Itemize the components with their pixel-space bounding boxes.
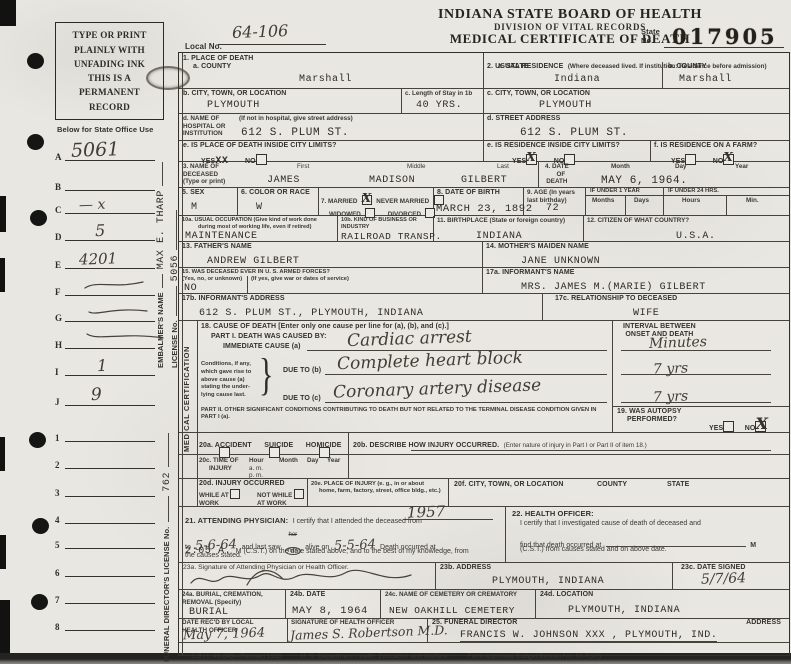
- office-row-label: H: [55, 340, 62, 350]
- office-row-label: J: [55, 397, 60, 407]
- under-24-hrs-label: IF UNDER 24 HRS.: [668, 188, 719, 195]
- divider: [726, 195, 727, 216]
- not-while-at-work-label: NOT WHILE: [257, 492, 292, 499]
- field-place-of-death: 1. PLACE OF DEATH a. COUNTY Marshall: [179, 53, 484, 88]
- office-row-label: 8: [55, 622, 60, 632]
- informant-name-value: MRS. JAMES M.(MARIE) GILBERT: [521, 282, 706, 293]
- time-of-injury-label: 20c. TIME OF: [199, 457, 239, 464]
- state-no-label-line2: No.: [641, 37, 660, 46]
- field-sex: 5. SEX M: [179, 188, 238, 215]
- field-place-city: b. CITY, TOWN, OR LOCATION PLYMOUTH: [179, 89, 401, 113]
- residence-limits-label: e. IS RESIDENCE INSIDE CITY LIMITS?: [487, 142, 620, 150]
- day-header: Day: [675, 163, 687, 170]
- field-relationship: 17c. RELATIONSHIP TO DECEASED WIFE: [543, 294, 789, 320]
- blank-line: [65, 496, 155, 497]
- health-officer-text: M: [750, 542, 756, 549]
- residence-city-value: PLYMOUTH: [539, 100, 592, 111]
- field-residence-farm: f. IS RESIDENCE ON A FARM? YES NOX: [651, 141, 789, 161]
- blank-line: [65, 348, 155, 349]
- cemetery-value: NEW OAKHILL CEMETERY: [389, 605, 515, 616]
- field-citizen: 12. CITIZEN OF WHAT COUNTRY? U.S.A.: [584, 216, 789, 241]
- hospital-label: HOSPITAL OR: [183, 123, 225, 130]
- field-father: 13. FATHER'S NAME ANDREW GILBERT: [179, 242, 483, 267]
- issuer-title: INDIANA STATE BOARD OF HEALTH: [360, 7, 780, 23]
- armed-forces-label: 15. WAS DECEASED EVER IN U. S. ARMED FOR…: [182, 269, 330, 276]
- place-of-death-label: 1. PLACE OF DEATH: [183, 55, 253, 63]
- office-row-c: C — x: [55, 193, 155, 215]
- health-officer-text: (C.S.T.) from causes stated and on above…: [520, 546, 667, 553]
- last-header: Last: [497, 163, 509, 170]
- funeral-director-address-label: ADDRESS: [746, 619, 781, 627]
- place-of-injury-label: home, farm, factory, street, office bldg…: [311, 488, 441, 494]
- injury-state-header: STATE: [667, 481, 689, 489]
- office-row-label: D: [55, 232, 62, 242]
- armed-forces-note2: (If yes, give war or dates of service): [251, 276, 349, 282]
- field-health-officer-signature: SIGNATURE OF HEALTH OFFICER James S. Rob…: [288, 619, 428, 642]
- autopsy-yes-checkbox: [723, 421, 734, 432]
- last-name-value: GILBERT: [461, 175, 507, 186]
- field-cause-of-death: 18. CAUSE OF DEATH [Enter only one cause…: [197, 321, 613, 432]
- place-city-label: b. CITY, TOWN, OR LOCATION: [183, 90, 286, 98]
- divider: [247, 276, 248, 293]
- field-injury-occurred: 20d. INJURY OCCURRED WHILE AT WORK NOT W…: [197, 479, 308, 506]
- funeral-director-value: FRANCIS W. JOHNSON XXX , PLYMOUTH, IND.: [460, 630, 717, 642]
- row-city-limits: e. IS PLACE OF DEATH INSIDE CITY LIMITS?…: [179, 141, 789, 162]
- office-row-j: J 9: [55, 385, 155, 407]
- conditions-note: lying cause last.: [201, 392, 246, 398]
- conditions-note: stating the under-: [201, 384, 250, 390]
- hour-header: Hour: [249, 457, 264, 464]
- field-health-officer: 22. HEALTH OFFICER: I certify that I inv…: [506, 507, 789, 562]
- form-approval: Form Approved Budget Bureau No. 68-R375: [467, 653, 601, 660]
- field-informant-name: 17a. INFORMANT'S NAME MRS. JAMES M.(MARI…: [483, 268, 789, 293]
- blank-line: [153, 162, 163, 186]
- physician-cert-text: M (C.S.T.) on the date stated above; and…: [236, 548, 469, 555]
- sex-value: M: [191, 202, 198, 213]
- office-row-5: 5: [55, 528, 155, 550]
- blank-line: [65, 630, 155, 631]
- field-attending-physician: 21. ATTENDING PHYSICIAN: I certify that …: [179, 507, 506, 562]
- place-of-injury-label: 20e. PLACE OF INJURY (e. g., in or about: [311, 481, 424, 487]
- office-row-value: 1: [97, 356, 108, 375]
- industry-label: 10b. KIND OF BUSINESS OR INDUSTRY: [341, 217, 433, 230]
- field-hospital: d. NAME OF HOSPITAL OR INSTITUTION (If n…: [179, 114, 484, 140]
- film-edge-artifact: [0, 437, 5, 471]
- field-name-of-deceased: 3. NAME OF DECEASED (Type or print) Firs…: [179, 162, 539, 187]
- field-date-of-birth: 8. DATE OF BIRTH MARCH 23, 1892: [434, 188, 524, 215]
- field-birthplace: 11. BIRTHPLACE (State or foreign country…: [434, 216, 584, 241]
- occupation-label: 10a. USUAL OCCUPATION (Give kind of work…: [182, 217, 317, 223]
- field-occupation: 10a. USUAL OCCUPATION (Give kind of work…: [179, 216, 338, 241]
- name-label: DECEASED: [183, 171, 218, 178]
- middle-name-value: MADISON: [369, 175, 415, 186]
- injury-city-label: 20f. CITY, TOWN, OR LOCATION: [454, 481, 564, 489]
- autopsy-label: PERFORMED?: [617, 416, 677, 423]
- dod-label: DEATH: [546, 178, 567, 185]
- month-header: Month: [611, 163, 630, 170]
- dod-value: MAY 6, 1964.: [601, 175, 687, 187]
- blank-line: [621, 374, 771, 375]
- row-informant-address: 17b. INFORMANT'S ADDRESS 612 S. PLUM ST.…: [179, 294, 789, 321]
- occupation-value: MAINTENANCE: [185, 231, 258, 242]
- office-row-label: A: [55, 152, 62, 162]
- field-length-of-stay: c. Length of Stay in 1b 40 YRS.: [401, 89, 484, 113]
- injury-description-label: 20b. DESCRIBE HOW INJURY OCCURRED.: [353, 442, 499, 449]
- office-use-label: Below for State Office Use: [57, 126, 153, 135]
- row-time-of-injury: 20c. TIME OF INJURY Hour a. m. p. m. Mon…: [179, 455, 789, 479]
- field-industry: 10b. KIND OF BUSINESS OR INDUSTRY RAILRO…: [338, 216, 434, 241]
- immediate-cause-value: Cardiac arrest: [347, 327, 472, 351]
- cemetery-label: 24c. NAME OF CEMETERY OR CREMATORY: [385, 591, 517, 599]
- office-row-value: 4201: [79, 249, 118, 268]
- office-row-i: I 1: [55, 355, 155, 377]
- hole-punch: [30, 210, 47, 226]
- state-no-value: 017905: [672, 24, 778, 49]
- funeral-director-license-label: FUNERAL DIRECTOR'S LICENSE No.: [162, 527, 171, 662]
- birthplace-label: 11. BIRTHPLACE (State or foreign country…: [437, 217, 565, 225]
- conditions-note: which gave rise to: [201, 369, 251, 375]
- interval-c-value: 7 yrs: [653, 388, 689, 405]
- blank-line: [411, 450, 771, 451]
- field-age: 9. AGE (In years last birthday) 72: [524, 188, 586, 215]
- injury-occurred-label: 20d. INJURY OCCURRED: [199, 480, 285, 488]
- am-label: a. m.: [249, 465, 263, 472]
- office-row-label: 4: [55, 515, 60, 525]
- due-to-b-label: DUE TO (b): [283, 367, 321, 375]
- hospital-note: (If not in hospital, give street address…: [239, 115, 353, 122]
- row-occupation: 10a. USUAL OCCUPATION (Give kind of work…: [179, 216, 789, 242]
- blank-line: [65, 240, 155, 241]
- date-received-value: May 7, 1964: [183, 626, 266, 644]
- sex-label: 5. SEX: [182, 189, 204, 197]
- office-row-g: G: [55, 301, 155, 323]
- street-address-value: 612 S. PLUM ST.: [520, 127, 628, 139]
- office-row-label: C: [55, 205, 62, 215]
- office-row-label: B: [55, 182, 61, 192]
- notice-line: PERMANENT: [56, 85, 163, 99]
- injury-description-note: (Enter nature of injury in Part I or Par…: [504, 442, 647, 449]
- blank-line: [664, 47, 784, 48]
- armed-forces-note1: (Yes, no, or unknown): [182, 276, 242, 282]
- citizen-value: U.S.A.: [676, 231, 716, 242]
- mother-value: JANE UNKNOWN: [521, 256, 600, 267]
- field-burial-type: 24a. BURIAL, CREMATION, REMOVAL (Specify…: [179, 590, 286, 618]
- local-no-value: 64-106: [232, 21, 289, 42]
- burial-value: BURIAL: [189, 607, 229, 618]
- blank-line: [159, 433, 169, 467]
- field-informant-address: 17b. INFORMANT'S ADDRESS 612 S. PLUM ST.…: [179, 294, 543, 320]
- field-mother: 14. MOTHER'S MAIDEN NAME JANE UNKNOWN: [483, 242, 789, 267]
- father-value: ANDREW GILBERT: [207, 256, 299, 267]
- hospital-label: d. NAME OF: [183, 115, 219, 122]
- place-limits-label: e. IS PLACE OF DEATH INSIDE CITY LIMITS?: [183, 142, 336, 150]
- field-date-signed: 23c. DATE SIGNED 5/7/64: [673, 563, 789, 589]
- not-while-at-work-checkbox: [294, 489, 304, 499]
- industry-value: RAILROAD TRANSP.: [341, 231, 442, 242]
- cemetery-location-value: PLYMOUTH, INDIANA: [568, 605, 680, 616]
- office-row-value: — x: [79, 197, 106, 214]
- office-row-h: H: [55, 328, 155, 350]
- office-row-3: 3: [55, 476, 155, 498]
- while-at-work-checkbox: [230, 489, 240, 499]
- citizen-label: 12. CITIZEN OF WHAT COUNTRY?: [587, 217, 689, 225]
- year-header: Year: [735, 163, 748, 170]
- field-funeral-director: 25. FUNERAL DIRECTOR ADDRESS FRANCIS W. …: [428, 619, 789, 642]
- office-row-2: 2: [55, 448, 155, 470]
- year-header: Year: [327, 457, 340, 465]
- field-accident-suicide-homicide: 20a. ACCIDENT SUICIDE HOMICIDE: [197, 433, 349, 454]
- field-armed-forces: 15. WAS DECEASED EVER IN U. S. ARMED FOR…: [179, 268, 483, 293]
- conditions-note: above cause (a): [201, 377, 245, 383]
- hole-punch: [29, 432, 46, 448]
- blank-line: [325, 374, 607, 375]
- burial-date-label: 24b. DATE: [290, 591, 325, 599]
- age-value: 72: [546, 203, 559, 214]
- row-sex-race-age: 5. SEX M 6. COLOR OR RACE W 7. MARRIED X…: [179, 188, 789, 216]
- funeral-director-license-line: FUNERAL DIRECTOR'S LICENSE No. 762: [156, 433, 174, 662]
- part1-label: PART I. DEATH WAS CAUSED BY:: [211, 333, 327, 341]
- first-name-value: JAMES: [267, 175, 300, 186]
- divider: [625, 195, 626, 216]
- notice-line: TYPE OR PRINT: [56, 28, 163, 42]
- office-row-7: 7: [55, 583, 155, 605]
- office-row-label: 2: [55, 460, 60, 470]
- farm-label: f. IS RESIDENCE ON A FARM?: [654, 142, 757, 150]
- blank-line: [65, 405, 155, 406]
- length-of-stay-value: 40 YRS.: [416, 100, 462, 111]
- part2-label: PART II. OTHER SIGNIFICANT CONDITIONS CO…: [201, 407, 609, 421]
- field-cemetery-location: 24d. LOCATION PLYMOUTH, INDIANA: [536, 590, 789, 618]
- row-funeral-director: DATE REC'D BY LOCAL HEALTH OFFICER May 7…: [179, 619, 789, 643]
- health-officer-label: 22. HEALTH OFFICER:: [512, 510, 594, 519]
- address-signed-label: 23b. ADDRESS: [440, 564, 491, 572]
- blank-line: [65, 468, 155, 469]
- residence-state-label: a. STATE: [498, 63, 529, 71]
- month-header: Month: [279, 457, 298, 465]
- relationship-label: 17c. RELATIONSHIP TO DECEASED: [555, 295, 677, 303]
- burial-label: 24a. BURIAL, CREMATION,: [182, 591, 263, 598]
- relationship-value: WIFE: [633, 308, 659, 319]
- first-header: First: [297, 163, 309, 170]
- burial-date-value: MAY 8, 1964: [292, 605, 368, 617]
- row-parents: 13. FATHER'S NAME ANDREW GILBERT 14. MOT…: [179, 242, 789, 268]
- funeral-director-label: 25. FUNERAL DIRECTOR: [432, 619, 517, 627]
- notice-line: THIS IS A: [56, 71, 163, 85]
- notice-line: PLAINLY WITH: [56, 43, 163, 57]
- armed-forces-value: NO: [184, 283, 197, 294]
- field-if-under-1-year: IF UNDER 1 YEAR Months Days: [586, 188, 664, 215]
- office-row-label: 1: [55, 433, 60, 443]
- film-edge-artifact: [0, 196, 6, 232]
- row-name-dod: 3. NAME OF DECEASED (Type or print) Firs…: [179, 162, 789, 188]
- film-edge-artifact: [0, 0, 16, 26]
- hospital-label: INSTITUTION: [183, 130, 223, 137]
- hole-punch: [27, 134, 44, 150]
- conditions-note: Conditions, if any,: [201, 361, 251, 367]
- field-time-of-injury: 20c. TIME OF INJURY Hour a. m. p. m. Mon…: [197, 455, 349, 478]
- office-row-label: 3: [55, 488, 60, 498]
- place-city-value: PLYMOUTH: [207, 100, 260, 111]
- row-armed-forces-informant: 15. WAS DECEASED EVER IN U. S. ARMED FOR…: [179, 268, 789, 294]
- field-physician-signature: 23a. Signature of Attending Physician or…: [179, 563, 436, 589]
- due-to-c-label: DUE TO (c): [283, 395, 321, 403]
- residence-city-label: c. CITY, TOWN, OR LOCATION: [487, 90, 590, 98]
- row-accident: 20a. ACCIDENT SUICIDE HOMICIDE 20b. DESC…: [179, 433, 789, 455]
- office-row-e: E 4201: [55, 248, 155, 270]
- office-row-label: I: [55, 367, 59, 377]
- cemetery-location-label: 24d. LOCATION: [540, 591, 593, 599]
- dod-label: OF: [548, 171, 565, 178]
- blank-line: [325, 402, 607, 403]
- blank-line: [621, 402, 771, 403]
- middle-header: Middle: [407, 163, 426, 170]
- time-of-injury-label: INJURY: [199, 465, 232, 472]
- blank-line: [65, 321, 155, 322]
- office-row-value: 5061: [71, 138, 120, 162]
- field-residence-city: c. CITY, TOWN, OR LOCATION PLYMOUTH: [484, 89, 789, 113]
- dob-value: MARCH 23, 1892: [436, 203, 533, 215]
- local-no-label: Local No.: [185, 42, 222, 51]
- row-form-footer: S.B.H. 40-243—Revised 1955 U. S. Departm…: [179, 643, 789, 655]
- office-row-label: E: [55, 260, 61, 270]
- notice-box: TYPE OR PRINT PLAINLY WITH UNFADING INK …: [55, 22, 164, 120]
- blank-line: [167, 210, 177, 250]
- divider: [613, 406, 789, 407]
- street-address-label: d. STREET ADDRESS: [487, 115, 560, 123]
- while-at-work-label: WORK: [199, 500, 219, 507]
- name-label: (Type or print): [183, 178, 225, 185]
- informant-name-label: 17a. INFORMANT'S NAME: [486, 269, 575, 277]
- blank-line: [159, 496, 169, 522]
- days-header: Days: [634, 197, 649, 205]
- field-injury-city: 20f. CITY, TOWN, OR LOCATION COUNTY STAT…: [449, 479, 789, 506]
- blank-line: [403, 519, 493, 520]
- office-row-label: 7: [55, 595, 60, 605]
- row-place-residence-1: 1. PLACE OF DEATH a. COUNTY Marshall 2. …: [179, 53, 789, 89]
- blank-line: [65, 523, 155, 524]
- form-department: U. S. Department Health, Education and W…: [301, 653, 449, 660]
- address-signed-value: PLYMOUTH, INDIANA: [492, 576, 604, 587]
- name-label: 3. NAME OF: [183, 163, 219, 170]
- row-signature: 23a. Signature of Attending Physician or…: [179, 563, 789, 590]
- row-hospital-street: d. NAME OF HOSPITAL OR INSTITUTION (If n…: [179, 114, 789, 141]
- row-physician-health-officer: 21. ATTENDING PHYSICIAN: I certify that …: [179, 507, 789, 563]
- office-row-value: 9: [91, 385, 103, 405]
- while-at-work-label: WHILE AT: [199, 492, 229, 499]
- place-county-value: Marshall: [299, 74, 352, 85]
- under-1-year-label: IF UNDER 1 YEAR: [590, 188, 640, 195]
- divider: [662, 62, 663, 89]
- field-injury-blank: [349, 455, 789, 478]
- residence-county-label: b. COUNTY: [668, 63, 707, 71]
- blank-line: [167, 286, 177, 316]
- mother-label: 14. MOTHER'S MAIDEN NAME: [486, 243, 589, 251]
- place-county-label: a. COUNTY: [193, 63, 231, 71]
- field-date-of-death: 4. DATE OF DEATH Month Day Year MAY 6, 1…: [539, 162, 789, 187]
- handwritten-stroke: [87, 303, 149, 317]
- field-street-address: d. STREET ADDRESS 612 S. PLUM ST.: [484, 114, 789, 140]
- birthplace-value: INDIANA: [476, 231, 522, 242]
- burial-label: REMOVAL (Specify): [182, 599, 241, 606]
- field-interval: INTERVAL BETWEEN ONSET AND DEATH Minutes…: [613, 321, 789, 432]
- informant-address-label: 17b. INFORMANT'S ADDRESS: [182, 295, 285, 303]
- office-row-label: 5: [55, 540, 60, 550]
- informant-address-value: 612 S. PLUM ST., PLYMOUTH, INDIANA: [199, 308, 423, 319]
- office-row-4: 4: [55, 503, 155, 525]
- dod-label: 4. DATE: [545, 163, 569, 170]
- blank-line: [65, 190, 155, 191]
- interval-header: INTERVAL BETWEEN: [623, 323, 696, 330]
- office-row-label: F: [55, 287, 61, 297]
- brace: }: [259, 351, 273, 402]
- blank-line: [65, 548, 155, 549]
- length-of-stay-label: c. Length of Stay in 1b: [405, 90, 472, 98]
- field-if-under-24-hrs: IF UNDER 24 HRS. Hours Min.: [664, 188, 789, 215]
- office-row-a: A 5061: [55, 140, 155, 162]
- row-place-residence-2: b. CITY, TOWN, OR LOCATION PLYMOUTH c. L…: [179, 89, 789, 114]
- months-header: Months: [592, 197, 614, 205]
- occupation-label: during most of working life, even if ret…: [182, 224, 311, 230]
- death-certificate-scan: TYPE OR PRINT PLAINLY WITH UNFADING INK …: [0, 0, 791, 664]
- row-injury-place: 20d. INJURY OCCURRED WHILE AT WORK NOT W…: [179, 479, 789, 507]
- office-row-1: 1: [55, 421, 155, 443]
- blank-line: [65, 295, 155, 296]
- office-row-f: F: [55, 275, 155, 297]
- blank-line: [65, 576, 155, 577]
- blank-line: [153, 274, 163, 288]
- field-color-race: 6. COLOR OR RACE W: [238, 188, 319, 215]
- field-place-city-limits: e. IS PLACE OF DEATH INSIDE CITY LIMITS?…: [179, 141, 484, 161]
- row-cause-of-death: 18. CAUSE OF DEATH [Enter only one cause…: [179, 321, 789, 433]
- film-edge-artifact: [0, 535, 6, 569]
- notice-line: RECORD: [56, 100, 163, 114]
- min-header: Min.: [746, 197, 759, 205]
- hospital-value: 612 S. PLUM ST.: [241, 127, 349, 139]
- not-while-at-work-label: AT WORK: [257, 500, 287, 507]
- office-row-value: 5: [95, 221, 106, 240]
- notice-line: UNFADING INK: [56, 57, 163, 71]
- date-signed-value: 5/7/64: [701, 570, 747, 588]
- office-row-8: 8: [55, 610, 155, 632]
- injury-county-header: COUNTY: [597, 481, 627, 489]
- office-row-b: B: [55, 170, 155, 192]
- field-residence-city-limits: e. IS RESIDENCE INSIDE CITY LIMITS? YESX…: [484, 141, 651, 161]
- hole-punch: [27, 53, 44, 69]
- office-row-6: 6: [55, 556, 155, 578]
- hours-header: Hours: [682, 197, 700, 205]
- field-address-signed: 23b. ADDRESS PLYMOUTH, INDIANA: [436, 563, 673, 589]
- office-row-label: G: [55, 313, 62, 323]
- age-label: 9. AGE (In years: [527, 189, 575, 196]
- blank-line: [218, 44, 326, 45]
- field-marital-status: 7. MARRIED X NEVER MARRIED WIDOWED DIVOR…: [319, 188, 434, 215]
- health-officer-text: I certify that I investigated cause of d…: [520, 520, 701, 527]
- father-label: 13. FATHER'S NAME: [182, 243, 252, 251]
- form-number: S.B.H. 40-243—Revised 1955: [191, 653, 282, 660]
- dob-label: 8. DATE OF BIRTH: [437, 189, 500, 197]
- her-option: her: [289, 532, 298, 538]
- autopsy-no-checkbox: X: [755, 421, 766, 432]
- blank-line: [621, 350, 771, 351]
- office-row-d: D 5: [55, 220, 155, 242]
- hole-punch: [31, 594, 48, 610]
- race-value: W: [256, 202, 263, 213]
- funeral-director-license-value: 762: [162, 472, 173, 492]
- row-burial: 24a. BURIAL, CREMATION, REMOVAL (Specify…: [179, 590, 789, 619]
- race-label: 6. COLOR OR RACE: [241, 189, 310, 197]
- hole-punch: [32, 518, 49, 534]
- due-to-c-value: Coronary artery disease: [333, 375, 542, 402]
